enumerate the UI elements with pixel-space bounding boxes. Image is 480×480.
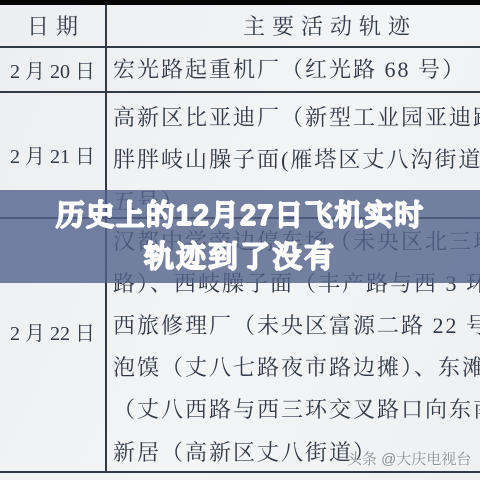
activity-line: （丈八西路与西三环交叉路口向东南） xyxy=(113,388,480,430)
table-header-row: 日期 主要活动轨迹 xyxy=(0,5,480,46)
header-date: 日期 xyxy=(0,5,105,46)
activity-line: 泡馍（丈八七路夜市路边摊）、东滩社 xyxy=(113,346,480,388)
watermark: 头条 @大庆电视台 xyxy=(347,447,471,469)
header-activity: 主要活动轨迹 xyxy=(105,5,480,46)
headline-overlay: 历史上的12月27日飞机实时 轨迹到了没有 xyxy=(0,190,480,283)
activity-line: 胖胖岐山臊子面(雁塔区丈八沟街道丈八 xyxy=(113,137,480,179)
headline-line1: 历史上的12月27日飞机实时 xyxy=(56,195,425,237)
headline-line2: 轨迹到了没有 xyxy=(144,237,336,279)
activity-line: 高新区比亚迪厂（新型工业园亚迪路 2 xyxy=(113,95,480,137)
news-table-photo: 日期 主要活动轨迹 2 月 20 日 宏光路起重机厂（红光路 68 号） 2 月… xyxy=(0,0,480,480)
row-date: 2 月 20 日 xyxy=(0,47,105,91)
activity-line: 西旅修理厂（未央区富源二路 22 号）、 xyxy=(113,303,480,345)
activity-line: 宏光路起重机厂（红光路 68 号） xyxy=(113,47,480,89)
table-row: 2 月 20 日 宏光路起重机厂（红光路 68 号） xyxy=(0,47,480,91)
